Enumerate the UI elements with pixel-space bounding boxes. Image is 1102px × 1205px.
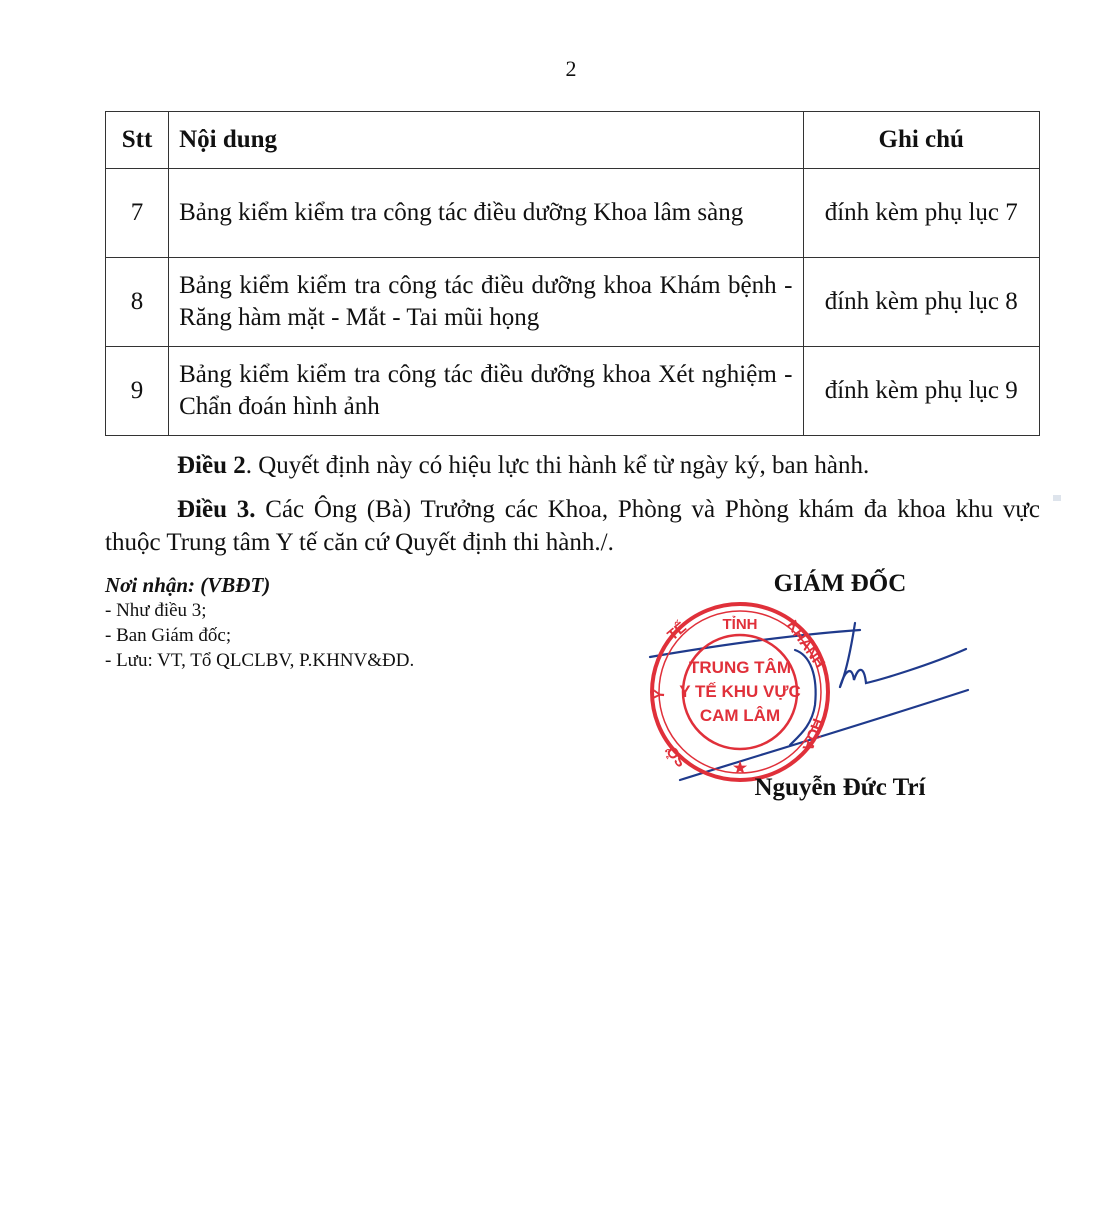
header-stt: Stt xyxy=(106,112,169,169)
row-content: Bảng kiểm kiểm tra công tác điều dưỡng k… xyxy=(169,258,803,347)
signer-title: GIÁM ĐỐC xyxy=(740,570,940,598)
scan-artifact xyxy=(1053,495,1061,501)
stamp-line-3: CAM LÂM xyxy=(700,706,780,725)
official-stamp-and-signature: TRUNG TÂM Y TẾ KHU VỰC CAM LÂM TỈNH TẾ Y… xyxy=(640,595,980,795)
recipient-item: - Lưu: VT, Tổ QLCLBV, P.KHNV&ĐD. xyxy=(105,648,414,673)
article-2-text: . Quyết định này có hiệu lực thi hành kể… xyxy=(246,452,870,479)
signer-name: Nguyễn Đức Trí xyxy=(720,774,960,802)
row-note: đính kèm phụ lục 8 xyxy=(803,258,1040,347)
article-2: Điều 2. Quyết định này có hiệu lực thi h… xyxy=(105,449,1040,482)
stamp-line-1: TRUNG TÂM xyxy=(689,658,791,677)
appendix-table: Stt Nội dung Ghi chú 7 Bảng kiểm kiểm tr… xyxy=(105,111,1040,436)
row-note: đính kèm phụ lục 7 xyxy=(803,169,1040,258)
table-row: 7 Bảng kiểm kiểm tra công tác điều dưỡng… xyxy=(106,169,1040,258)
recipient-item: - Như điều 3; xyxy=(105,598,414,623)
header-note: Ghi chú xyxy=(803,112,1040,169)
table-header-row: Stt Nội dung Ghi chú xyxy=(106,112,1040,169)
stamp-line-2: Y TẾ KHU VỰC xyxy=(679,682,800,701)
table-row: 8 Bảng kiểm kiểm tra công tác điều dưỡng… xyxy=(106,258,1040,347)
article-2-label: Điều 2 xyxy=(177,452,246,479)
row-stt: 7 xyxy=(106,169,169,258)
row-stt: 8 xyxy=(106,258,169,347)
row-content: Bảng kiểm kiểm tra công tác điều dưỡng k… xyxy=(169,347,803,436)
row-stt: 9 xyxy=(106,347,169,436)
article-3-label: Điều 3. xyxy=(177,496,256,523)
recipient-item: - Ban Giám đốc; xyxy=(105,623,414,648)
row-note: đính kèm phụ lục 9 xyxy=(803,347,1040,436)
recipients-block: Nơi nhận: (VBĐT) - Như điều 3; - Ban Giá… xyxy=(105,573,414,673)
header-content: Nội dung xyxy=(169,112,803,169)
article-3: Điều 3. Các Ông (Bà) Trưởng các Khoa, Ph… xyxy=(105,493,1040,559)
svg-text:Y: Y xyxy=(651,689,669,700)
table-row: 9 Bảng kiểm kiểm tra công tác điều dưỡng… xyxy=(106,347,1040,436)
svg-text:TỈNH: TỈNH xyxy=(723,616,758,633)
row-content: Bảng kiểm kiểm tra công tác điều dưỡng K… xyxy=(169,169,803,258)
svg-text:SỞ: SỞ xyxy=(662,742,691,771)
page-number: 2 xyxy=(0,56,1102,82)
recipients-heading: Nơi nhận: (VBĐT) xyxy=(105,573,414,598)
